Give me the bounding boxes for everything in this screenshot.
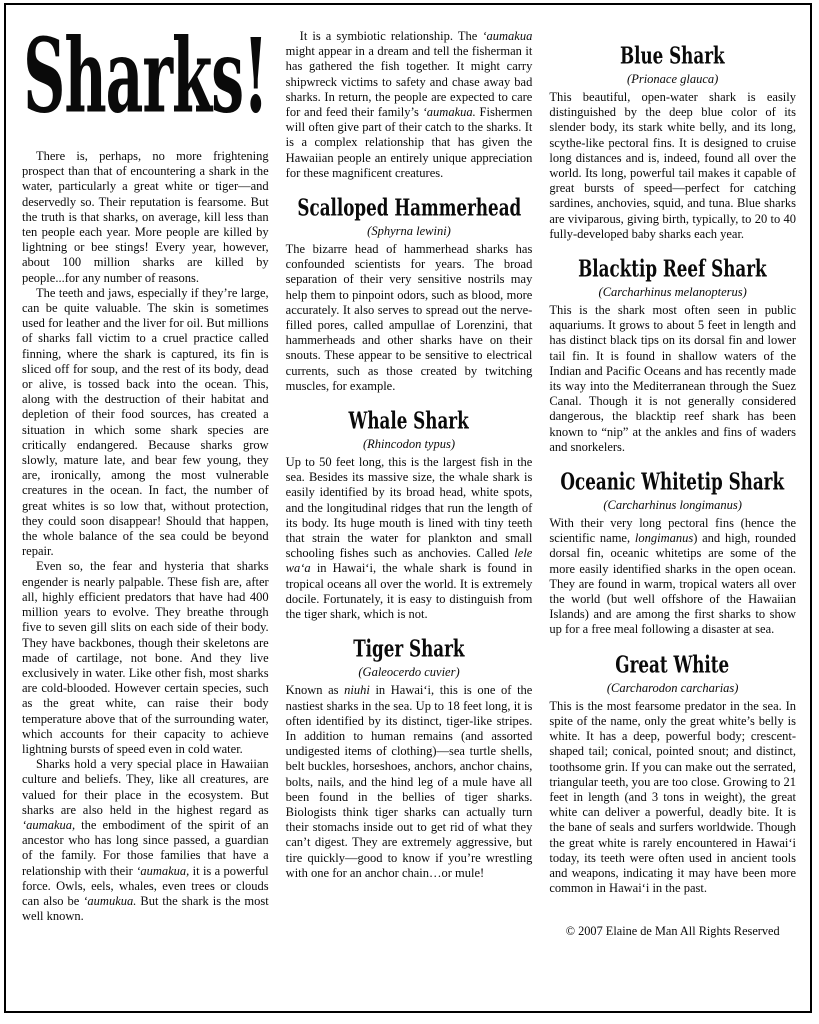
section-body: This is the most fearsome predator in th… <box>549 699 796 897</box>
text-run: This is the most fearsome predator in th… <box>549 699 796 895</box>
masthead-title: Sharks! <box>22 31 269 137</box>
section-body: This is the shark most often seen in pub… <box>549 303 796 455</box>
section-body: Up to 50 feet long, this is the largest … <box>286 455 533 622</box>
species-scientific-name: (Carcharhinus longimanus) <box>549 498 796 513</box>
species-scientific-name: (Rhincodon typus) <box>286 437 533 452</box>
column-left-blocks: There is, perhaps, no more frightening p… <box>22 149 269 924</box>
section-heading: Oceanic Whitetip Shark <box>549 471 796 497</box>
text-run: This is the shark most often seen in pub… <box>549 303 796 454</box>
text-run: This beautiful, open-water shark is easi… <box>549 90 796 241</box>
paragraph: Sharks hold a very special place in Hawa… <box>22 757 269 924</box>
section-heading-text: Scalloped Hammerhead <box>297 192 521 226</box>
page-content: Sharks! There is, perhaps, no more frigh… <box>6 5 810 1011</box>
section-heading: Blue Shark <box>549 45 796 71</box>
text-run: Up to 50 feet long, this is the largest … <box>286 455 533 560</box>
text-run: in Hawaiʻi, the whale shark is found in … <box>286 561 533 621</box>
section-heading-text: Great White <box>616 649 730 683</box>
italic-term: niuhi <box>344 683 370 697</box>
section-body: The bizarre head of hammerhead sharks ha… <box>286 242 533 394</box>
section-body: Known as niuhi in Hawaiʻi, this is one o… <box>286 683 533 881</box>
section-heading-text: Blacktip Reef Shark <box>578 253 767 287</box>
italic-term: ʻaumakua, <box>136 864 189 878</box>
italic-term: ʻaumakua <box>482 29 532 43</box>
italic-term: ʻaumakua, <box>22 818 75 832</box>
section-body: With their very long pectoral fins (henc… <box>549 516 796 638</box>
species-scientific-name: (Sphyrna lewini) <box>286 224 533 239</box>
species-scientific-name: (Carcharodon carcharias) <box>549 681 796 696</box>
italic-term: ʻaumakua. <box>423 105 476 119</box>
paragraph: It is a symbiotic relationship. The ʻaum… <box>286 29 533 181</box>
column-left: Sharks! There is, perhaps, no more frigh… <box>22 29 269 997</box>
section-heading-text: Blue Shark <box>620 40 725 74</box>
text-run: Even so, the fear and hysteria that shar… <box>22 559 269 755</box>
text-run: There is, perhaps, no more frightening p… <box>22 149 269 285</box>
species-scientific-name: (Prionace glauca) <box>549 72 796 87</box>
text-run: Known as <box>286 683 344 697</box>
section-heading-text: Whale Shark <box>349 405 469 439</box>
text-run: It is a symbiotic relationship. The <box>300 29 483 43</box>
paragraph: Even so, the fear and hysteria that shar… <box>22 559 269 757</box>
text-run: ) and high, rounded dorsal fin, oceanic … <box>549 531 796 636</box>
text-run: Sharks hold a very special place in Hawa… <box>22 757 269 817</box>
text-run: The bizarre head of hammerhead sharks ha… <box>286 242 533 393</box>
paragraph: The teeth and jaws, especially if they’r… <box>22 286 269 560</box>
masthead-title-text: Sharks! <box>23 24 267 130</box>
column-right: Blue Shark(Prionace glauca)This beautifu… <box>549 29 796 997</box>
section-heading-text: Oceanic Whitetip Shark <box>561 466 785 500</box>
italic-term: ʻaumukua. <box>83 894 136 908</box>
text-run: in Hawaiʻi, this is one of the nastiest … <box>286 683 533 879</box>
species-scientific-name: (Carcharhinus melanopterus) <box>549 285 796 300</box>
species-scientific-name: (Galeocerdo cuvier) <box>286 665 533 680</box>
section-heading: Whale Shark <box>286 410 533 436</box>
section-body: This beautiful, open-water shark is easi… <box>549 90 796 242</box>
text-run: The teeth and jaws, especially if they’r… <box>22 286 269 558</box>
column-right-blocks: Blue Shark(Prionace glauca)This beautifu… <box>549 45 796 896</box>
italic-term: longimanus <box>635 531 693 545</box>
section-heading-text: Tiger Shark <box>353 633 464 667</box>
section-heading: Tiger Shark <box>286 638 533 664</box>
column-middle-blocks: It is a symbiotic relationship. The ʻaum… <box>286 29 533 881</box>
column-middle: It is a symbiotic relationship. The ʻaum… <box>286 29 533 997</box>
section-heading: Scalloped Hammerhead <box>286 197 533 223</box>
section-heading: Great White <box>549 654 796 680</box>
copyright-notice: © 2007 Elaine de Man All Rights Reserved <box>549 924 796 939</box>
paragraph: There is, perhaps, no more frightening p… <box>22 149 269 286</box>
section-heading: Blacktip Reef Shark <box>549 258 796 284</box>
